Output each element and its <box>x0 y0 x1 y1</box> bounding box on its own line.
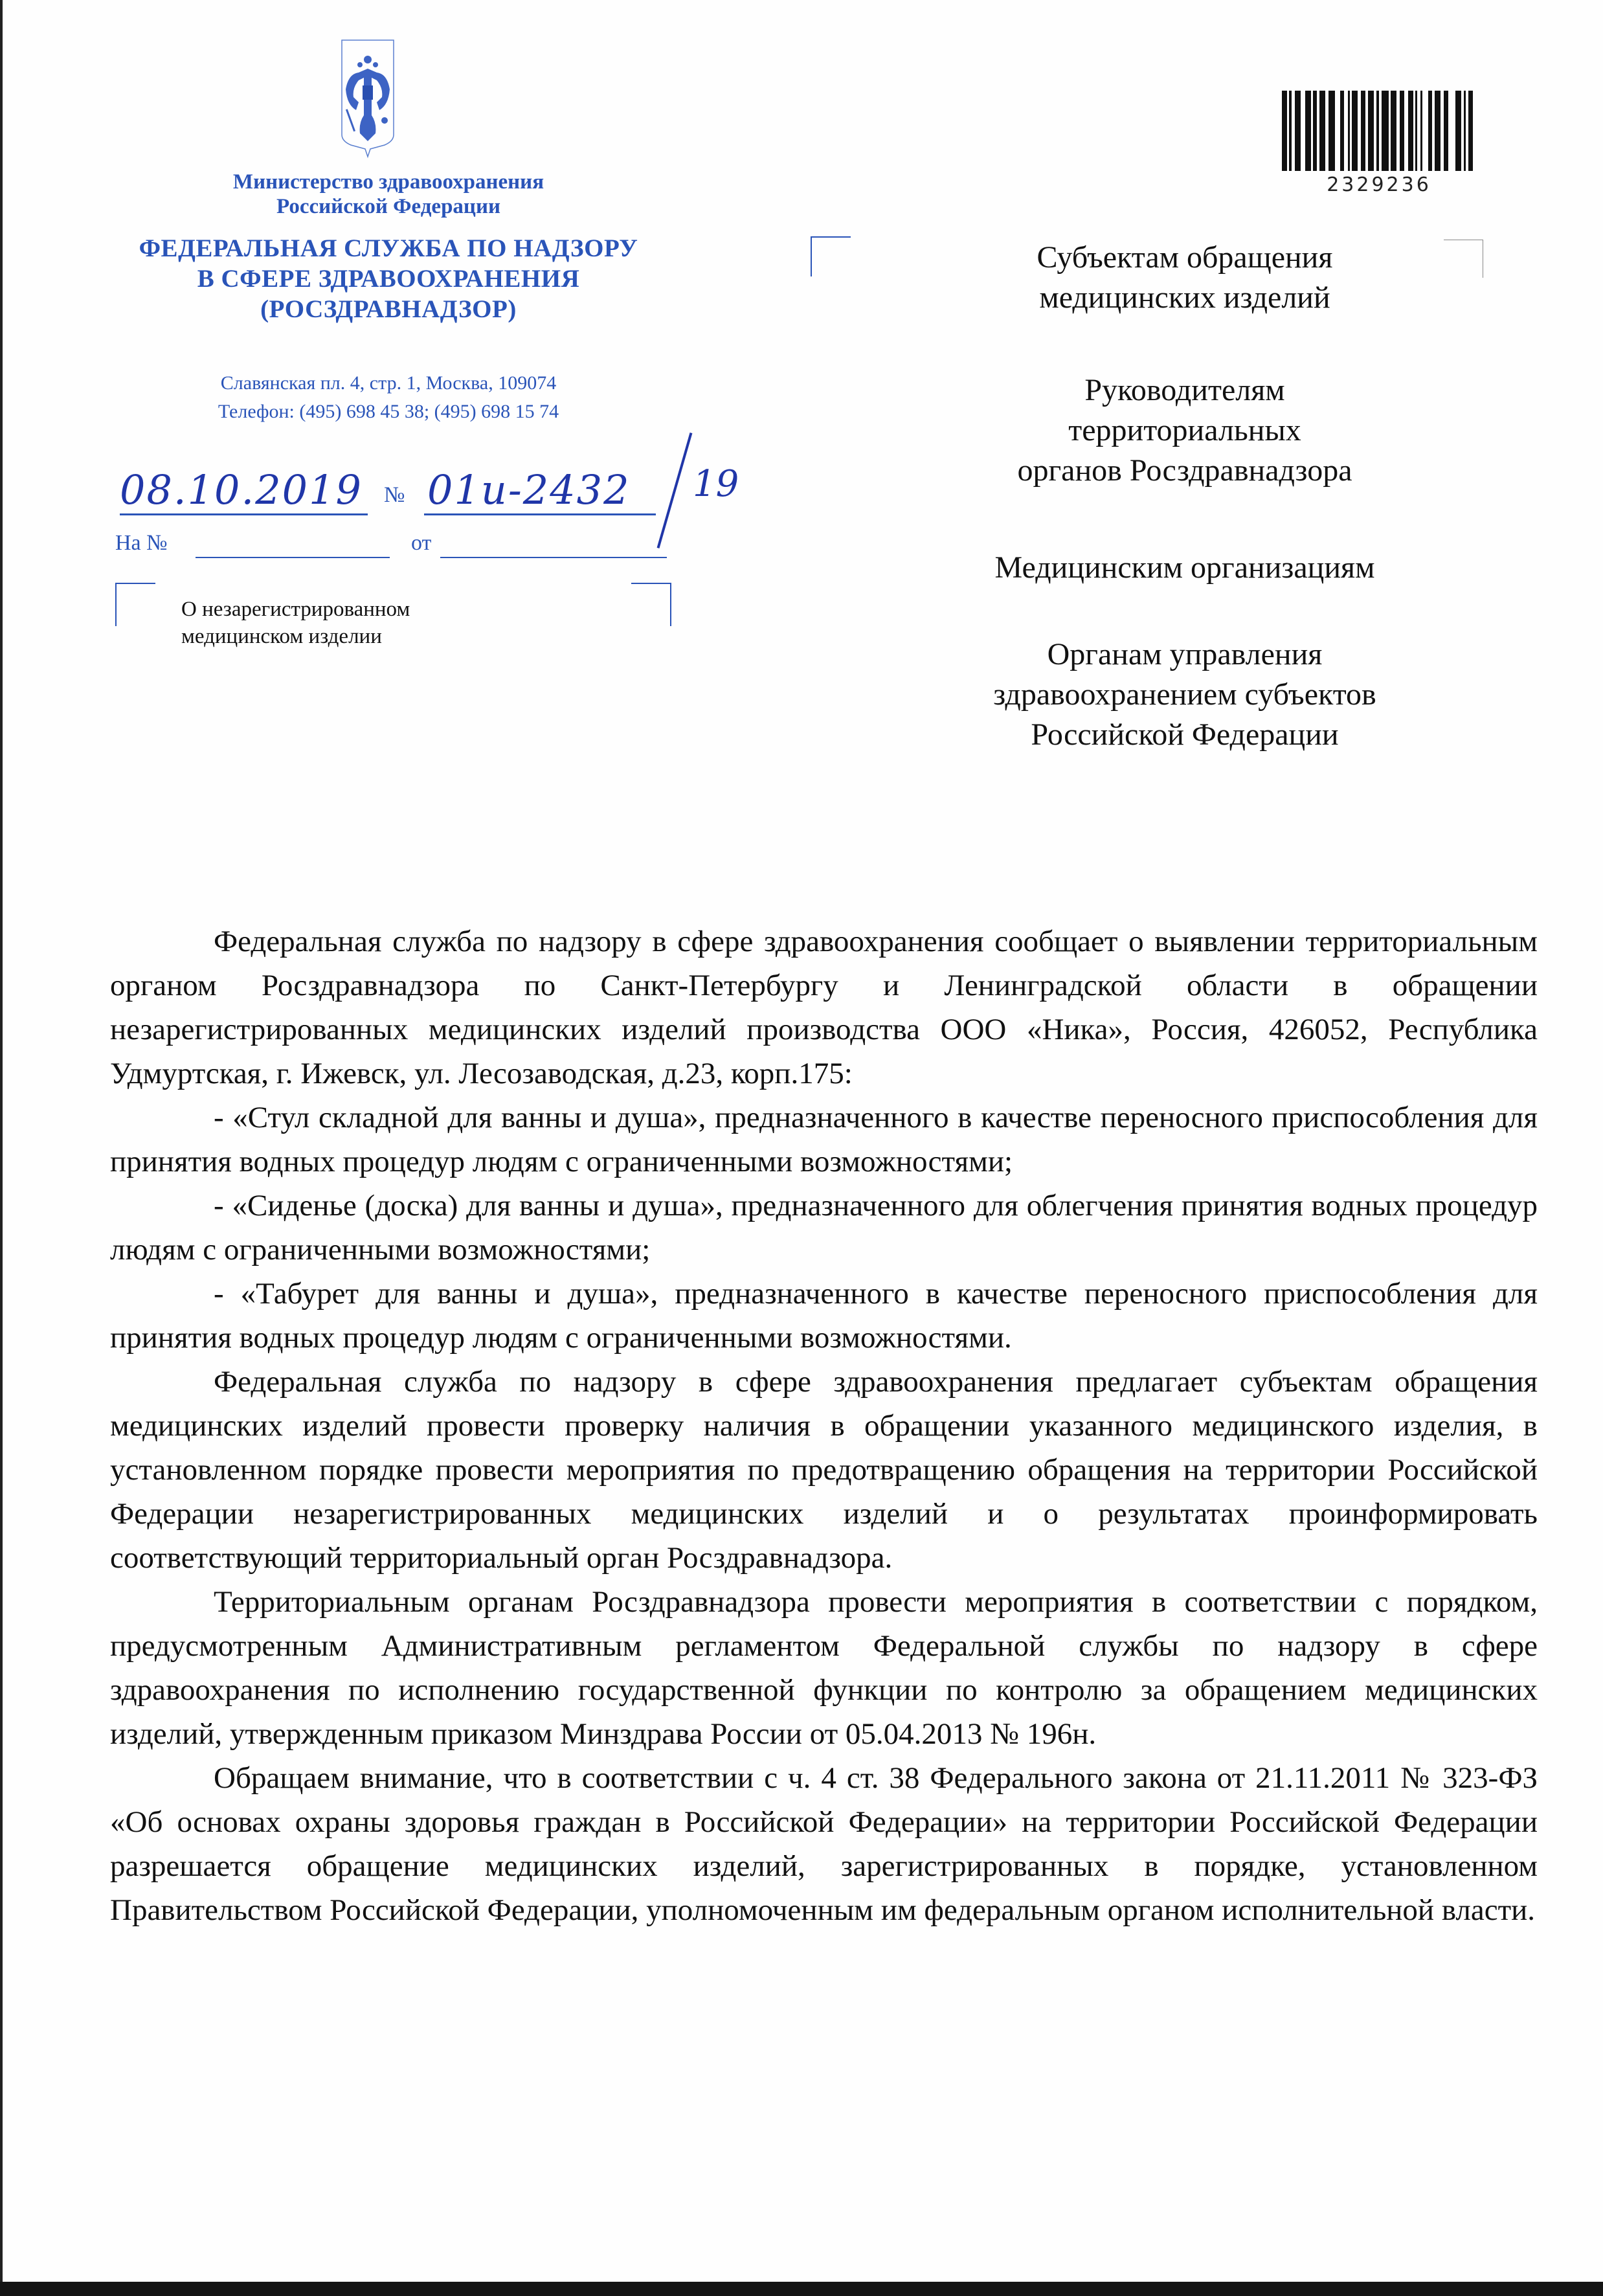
number-sign: № <box>384 483 405 508</box>
recipient-block: Медицинским организациям <box>893 548 1476 588</box>
barcode-number: 2329236 <box>1282 174 1476 196</box>
service-line-3: (РОСЗДРАВНАДЗОР) <box>110 294 667 324</box>
ministry-line-1: Министерство здравоохранения <box>110 170 667 194</box>
reply-reference-row: На № от <box>110 531 693 570</box>
recipient-line: органов Росздравнадзора <box>893 451 1476 491</box>
letter-body: Федеральная служба по надзору в сфере зд… <box>110 919 1538 1932</box>
registration-date: 08.10.2019 <box>120 466 363 513</box>
body-list-item: - «Сиденье (доска) для ванны и душа», пр… <box>110 1184 1538 1272</box>
number-underline <box>424 513 656 515</box>
body-paragraph: Обращаем внимание, что в соответствии с … <box>110 1756 1538 1932</box>
body-list-item: - «Табурет для ванны и душа», предназнач… <box>110 1272 1538 1360</box>
reply-number-blank <box>196 557 390 558</box>
recipient-block: Субъектам обращения медицинских изделий <box>893 238 1476 318</box>
recipient-line: медицинских изделий <box>893 278 1476 318</box>
date-underline <box>120 513 368 515</box>
recipient-block: Руководителям территориальных органов Ро… <box>893 370 1476 491</box>
barcode-icon <box>1282 91 1476 171</box>
registration-row: 08.10.2019 № 01и-2432 19 <box>110 453 790 537</box>
reply-from-label: от <box>411 531 431 556</box>
contact-block: Славянская пл. 4, стр. 1, Москва, 109074… <box>110 369 667 426</box>
service-line-1: ФЕДЕРАЛЬНАЯ СЛУЖБА ПО НАДЗОРУ <box>110 233 667 264</box>
body-list-item: - «Стул складной для ванны и душа», пред… <box>110 1096 1538 1184</box>
registration-number: 01и-2432 <box>427 466 631 513</box>
recipient-line: здравоохранением субъектов <box>893 675 1476 715</box>
recipient-line: территориальных <box>893 411 1476 451</box>
recipient-bracket-left <box>811 236 851 276</box>
recipient-block: Органам управления здравоохранением субъ… <box>893 635 1476 755</box>
coat-of-arms-icon <box>339 38 396 159</box>
subject-bracket-left <box>115 583 155 626</box>
subject-line-1: О незарегистрированном <box>181 596 570 623</box>
ministry-name: Министерство здравоохранения Российской … <box>110 170 667 219</box>
scan-edge-bottom <box>0 2282 1603 2296</box>
recipient-line: Органам управления <box>893 635 1476 675</box>
address: Славянская пл. 4, стр. 1, Москва, 109074 <box>110 369 667 398</box>
subject-bracket-right <box>631 583 671 626</box>
reply-date-blank <box>440 557 667 558</box>
subject-line-2: медицинском изделии <box>181 623 570 650</box>
body-paragraph: Федеральная служба по надзору в сфере зд… <box>110 919 1538 1096</box>
phone: Телефон: (495) 698 45 38; (495) 698 15 7… <box>110 398 667 426</box>
recipient-line: Руководителям <box>893 370 1476 411</box>
recipient-line: Российской Федерации <box>893 715 1476 755</box>
body-paragraph: Территориальным органам Росздравнадзора … <box>110 1580 1538 1756</box>
ministry-line-2: Российской Федерации <box>110 194 667 219</box>
service-name: ФЕДЕРАЛЬНАЯ СЛУЖБА ПО НАДЗОРУ В СФЕРЕ ЗД… <box>110 233 667 324</box>
service-line-2: В СФЕРЕ ЗДРАВООХРАНЕНИЯ <box>110 264 667 294</box>
registration-number-suffix: 19 <box>693 463 739 505</box>
recipient-line: Медицинским организациям <box>893 548 1476 588</box>
reply-number-label: На № <box>115 531 168 556</box>
document-page: Министерство здравоохранения Российской … <box>0 0 1603 2296</box>
recipient-line: Субъектам обращения <box>893 238 1476 278</box>
scan-edge-left <box>0 0 3 2296</box>
body-paragraph: Федеральная служба по надзору в сфере зд… <box>110 1360 1538 1580</box>
letter-subject: О незарегистрированном медицинском издел… <box>181 596 570 650</box>
